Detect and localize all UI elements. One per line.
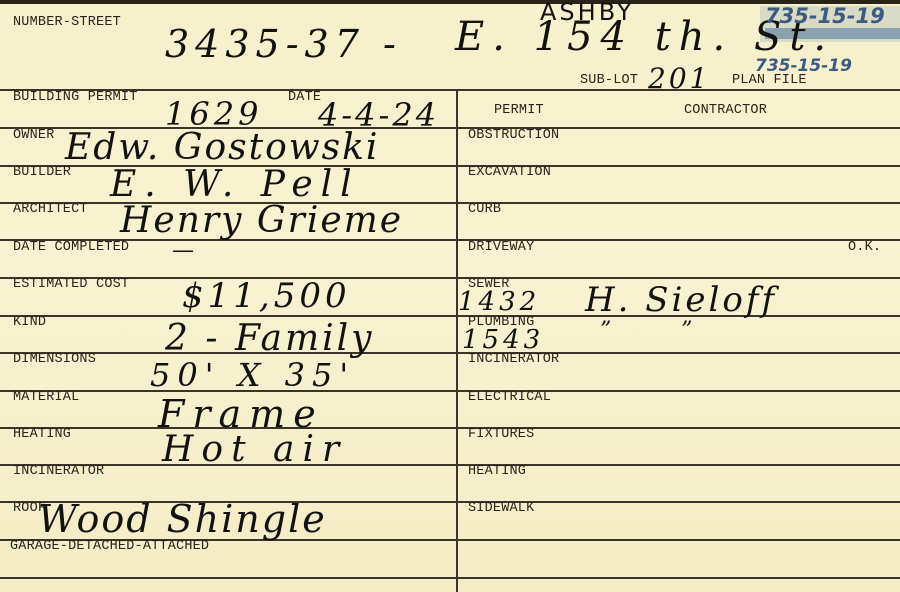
plumbing-contractor: ” ” xyxy=(600,318,692,343)
sidewalk-label: SIDEWALK xyxy=(468,501,534,516)
builder-value: E. W. Pell xyxy=(110,164,360,205)
obstruction-label: OBSTRUCTION xyxy=(468,128,559,143)
street-annotation: ASHBY xyxy=(540,0,635,26)
roof-value: Wood Shingle xyxy=(38,497,327,541)
row-divider xyxy=(0,390,900,392)
architect-value: Henry Grieme xyxy=(120,200,403,241)
fixtures-label: FIXTURES xyxy=(468,427,534,442)
incinerator-label: INCINERATOR xyxy=(13,464,104,479)
driveway-label: DRIVEWAY xyxy=(468,240,534,255)
street-number-value: 3435-37 - xyxy=(165,22,402,66)
estimated-cost-value: $11,500 xyxy=(182,276,351,316)
heating-label: HEATING xyxy=(13,427,71,442)
parcel-stamp-top: 735-15-19 xyxy=(765,4,885,28)
material-label: MATERIAL xyxy=(13,390,79,405)
estimated-cost-label: ESTIMATED COST xyxy=(13,277,129,292)
date-completed-value: — xyxy=(172,238,194,263)
heating-value: Hot air xyxy=(162,429,347,470)
date-completed-label: DATE COMPLETED xyxy=(13,240,129,255)
owner-value: Edw. Gostowski xyxy=(65,127,379,168)
row-divider xyxy=(0,427,900,429)
kind-value: 2 - Family xyxy=(165,318,374,359)
number-street-label: NUMBER-STREET xyxy=(13,15,121,30)
sewer-contractor: H. Sieloff xyxy=(585,280,777,320)
contractor-column-header: CONTRACTOR xyxy=(684,103,767,118)
heating-permit-label: HEATING xyxy=(468,464,526,479)
sewer-permit-number: 1432 xyxy=(458,287,540,317)
plumbing-permit-number: 1543 xyxy=(462,325,544,355)
dimensions-label: DIMENSIONS xyxy=(13,352,96,367)
row-divider xyxy=(0,464,900,466)
architect-label: ARCHITECT xyxy=(13,202,88,217)
plan-file-label: PLAN FILE xyxy=(732,73,807,88)
builder-label: BUILDER xyxy=(13,165,71,180)
incinerator-permit-label: INCINERATOR xyxy=(468,352,559,367)
sub-lot-label: SUB-LOT xyxy=(580,73,638,88)
electrical-label: ELECTRICAL xyxy=(468,390,551,405)
dimensions-value: 50' X 35' xyxy=(150,356,355,394)
permit-column-header: PERMIT xyxy=(494,103,544,118)
curb-label: CURB xyxy=(468,202,501,217)
driveway-note: O.K. xyxy=(848,240,881,255)
excavation-label: EXCAVATION xyxy=(468,165,551,180)
building-permit-label: BUILDING PERMIT xyxy=(13,90,138,105)
column-divider xyxy=(456,89,458,592)
owner-label: OWNER xyxy=(13,128,55,143)
row-divider xyxy=(0,277,900,279)
row-divider xyxy=(0,352,900,354)
date-label: DATE xyxy=(288,90,321,105)
kind-label: KIND xyxy=(13,315,46,330)
permit-card: NUMBER-STREET 3435-37 - E. 154 th. St. A… xyxy=(0,0,900,592)
row-divider xyxy=(0,577,900,579)
garage-label: GARAGE-DETACHED-ATTACHED xyxy=(10,539,209,554)
